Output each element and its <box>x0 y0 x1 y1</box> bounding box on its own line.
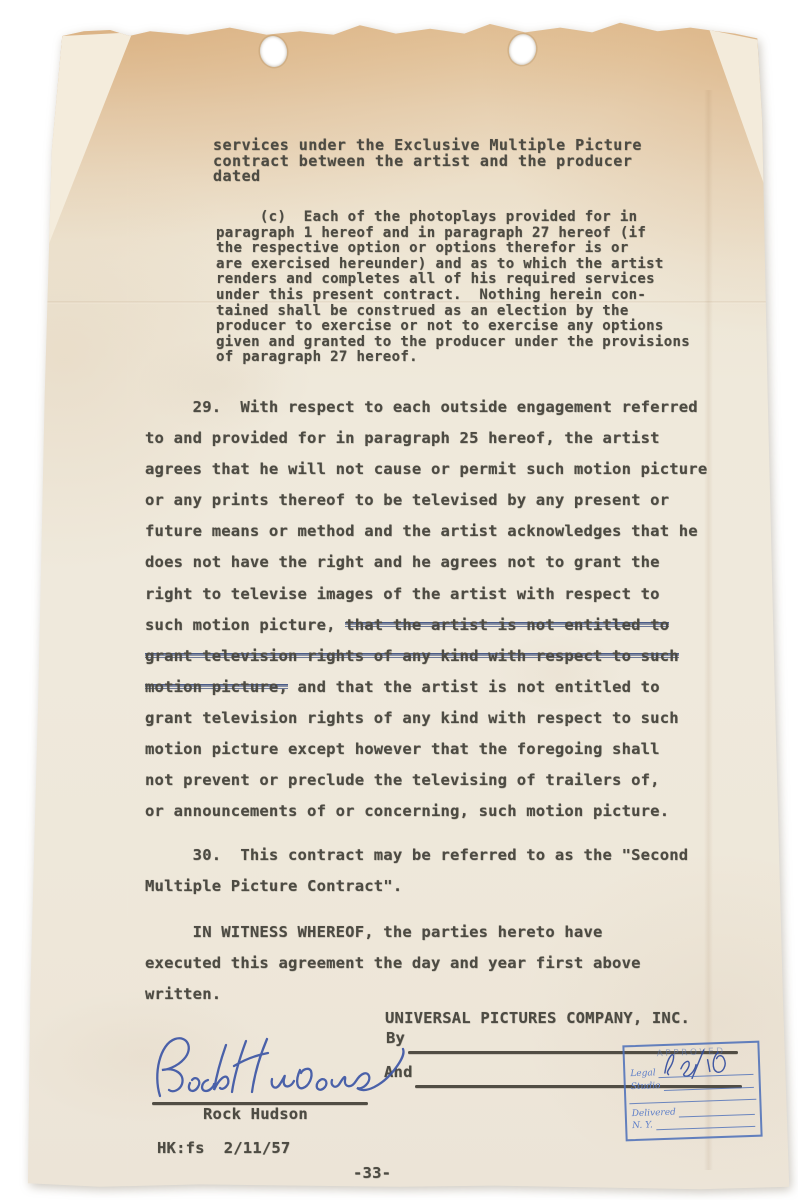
typed-line: the respective option or options therefo… <box>216 241 690 257</box>
footer-reference-text: HK:fs 2/11/57 <box>157 1139 290 1157</box>
stamp-field-delivered: Delivered <box>632 1108 676 1120</box>
typed-line: 30. This contract may be referred to as … <box>145 840 688 871</box>
typed-name-text: Rock Hudson <box>203 1105 308 1123</box>
witness-paragraph: IN WITNESS WHEREOF, the parties hereto h… <box>145 917 641 1010</box>
typed-text: or any prints thereof to be televised by… <box>145 491 669 509</box>
struck-text: that the artist is not entitled to <box>345 616 669 634</box>
page-number-text: -33- <box>353 1164 391 1182</box>
typed-text: under this present contract. Nothing her… <box>216 287 646 303</box>
scanned-contract-page: services under the Exclusive Multiple Pi… <box>0 0 798 1200</box>
typed-text: motion picture except however that the f… <box>145 740 660 758</box>
typed-line: 29. With respect to each outside engagem… <box>145 392 707 423</box>
typed-line: (c) Each of the photoplays provided for … <box>216 210 690 226</box>
typed-text: right to televise images of the artist w… <box>145 585 660 603</box>
clause-c-paragraph: (c) Each of the photoplays provided for … <box>216 210 690 366</box>
typed-text: of paragraph 27 hereof. <box>216 349 418 365</box>
paragraph-30: 30. This contract may be referred to as … <box>145 840 688 902</box>
typed-line: motion picture, and that the artist is n… <box>145 672 707 703</box>
typed-text: agrees that he will not cause or permit … <box>145 460 707 478</box>
stamp-field-studio: Studio <box>631 1081 661 1092</box>
typed-line: paragraph 1 hereof and in paragraph 27 h… <box>216 226 690 242</box>
typed-text: executed this agreement the day and year… <box>145 954 641 972</box>
stamp-field-ny: N. Y. <box>632 1120 653 1131</box>
typed-line: dated <box>213 169 642 185</box>
typed-text: such motion picture, <box>145 616 345 634</box>
company-name: UNIVERSAL PICTURES COMPANY, INC. <box>385 1009 690 1027</box>
typed-line: IN WITNESS WHEREOF, the parties hereto h… <box>145 917 641 948</box>
typed-text: renders and completes all of his require… <box>216 271 655 287</box>
typed-text: IN WITNESS WHEREOF, the parties hereto h… <box>145 923 603 941</box>
typed-line: or any prints thereof to be televised by… <box>145 485 707 516</box>
typed-text: are exercised hereunder) and as to which… <box>216 256 664 272</box>
typed-text: 29. With respect to each outside engagem… <box>145 398 698 416</box>
stamp-divider-line <box>629 1099 756 1104</box>
typed-text: (c) Each of the photoplays provided for … <box>216 209 637 225</box>
typed-line: of paragraph 27 hereof. <box>216 350 690 366</box>
typed-line: future means or method and the artist ac… <box>145 516 707 547</box>
stamp-line <box>664 1086 754 1091</box>
typed-line: producer to exercise or not to exercise … <box>216 319 690 335</box>
typed-text: paragraph 1 hereof and in paragraph 27 h… <box>216 225 646 241</box>
company-name-line: UNIVERSAL PICTURES COMPANY, INC. <box>385 1003 690 1034</box>
rock-hudson-signature-script <box>148 1026 416 1114</box>
typed-line: right to televise images of the artist w… <box>145 579 707 610</box>
approval-stamp: APPROVED Legal Studio Delivered N. Y. <box>622 1041 762 1142</box>
typed-line: or announcements of or concerning, such … <box>145 796 707 827</box>
typed-text: and that the artist is not entitled to <box>288 678 660 696</box>
struck-text: motion picture, <box>145 678 288 696</box>
typed-text: to and provided for in paragraph 25 here… <box>145 429 660 447</box>
typed-line: motion picture except however that the f… <box>145 734 707 765</box>
typed-text: grant television rights of any kind with… <box>145 709 679 727</box>
typed-line: under this present contract. Nothing her… <box>216 288 690 304</box>
typed-line: Multiple Picture Contract". <box>145 871 688 902</box>
typed-text: contract between the artist and the prod… <box>213 152 632 170</box>
typed-text: not prevent or preclude the televising o… <box>145 771 660 789</box>
typed-line: contract between the artist and the prod… <box>213 154 642 170</box>
typed-line: agrees that he will not cause or permit … <box>145 454 707 485</box>
typed-line: to and provided for in paragraph 25 here… <box>145 423 707 454</box>
typed-text: future means or method and the artist ac… <box>145 522 698 540</box>
paragraph-29: 29. With respect to each outside engagem… <box>145 392 707 827</box>
typed-line: such motion picture, that the artist is … <box>145 610 707 641</box>
typed-text: given and granted to the producer under … <box>216 334 690 350</box>
struck-text: grant television rights of any kind with… <box>145 647 679 665</box>
typed-line: tained shall be construed as an election… <box>216 304 690 320</box>
intro-paragraph: services under the Exclusive Multiple Pi… <box>213 138 642 185</box>
stamp-field-legal: Legal <box>630 1068 656 1079</box>
stamp-line <box>656 1125 755 1130</box>
typed-text: or announcements of or concerning, such … <box>145 802 669 820</box>
typed-line: grant television rights of any kind with… <box>145 703 707 734</box>
typed-text: Multiple Picture Contract". <box>145 877 402 895</box>
typed-line: renders and completes all of his require… <box>216 272 690 288</box>
footer-reference: HK:fs 2/11/57 <box>157 1140 290 1157</box>
typed-text: dated <box>213 167 261 185</box>
typed-text: does not have the right and he agrees no… <box>145 553 660 571</box>
typed-line: not prevent or preclude the televising o… <box>145 765 707 796</box>
typed-text: written. <box>145 985 221 1003</box>
typed-signatory-name: Rock Hudson <box>203 1106 308 1123</box>
typed-text: 30. This contract may be referred to as … <box>145 846 688 864</box>
typed-line: given and granted to the producer under … <box>216 335 690 351</box>
typed-text: tained shall be construed as an election… <box>216 303 629 319</box>
typed-text: producer to exercise or not to exercise … <box>216 318 664 334</box>
typed-line: executed this agreement the day and year… <box>145 948 641 979</box>
typed-line: grant television rights of any kind with… <box>145 641 707 672</box>
page-number: -33- <box>353 1165 391 1181</box>
typed-line: does not have the right and he agrees no… <box>145 547 707 578</box>
typed-text: the respective option or options therefo… <box>216 240 629 256</box>
